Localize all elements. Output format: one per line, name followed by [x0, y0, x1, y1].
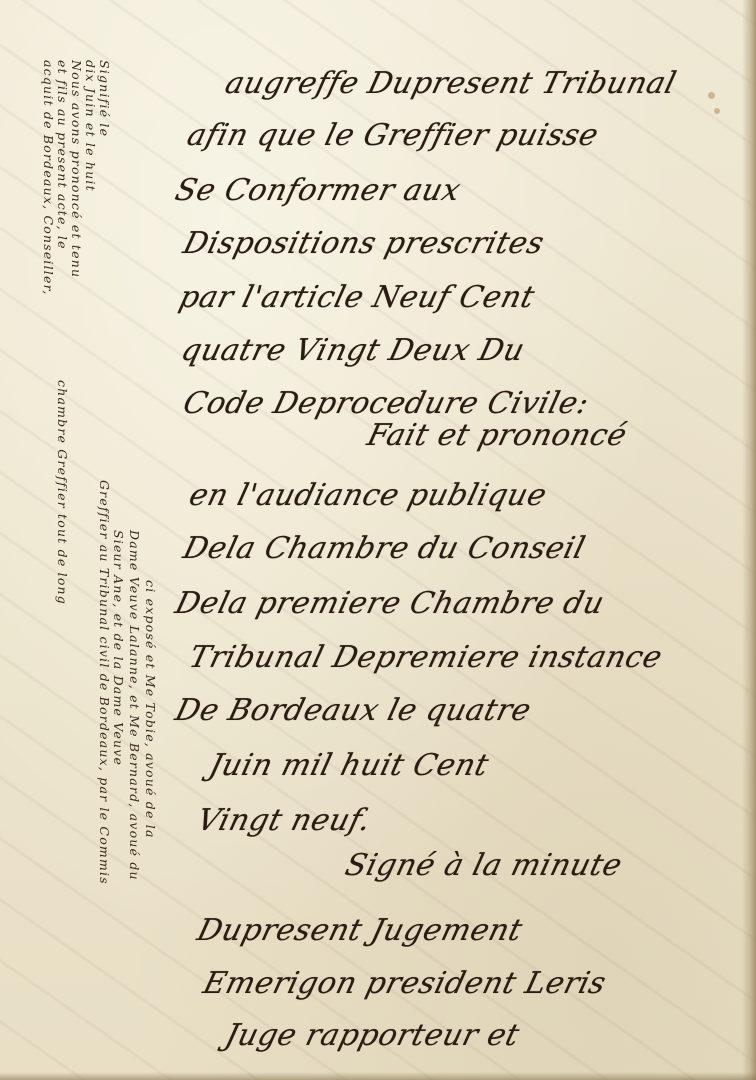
margin-line: et fils au present acte, le — [55, 60, 70, 250]
margin-line: dix Juin et le huit — [83, 60, 98, 192]
text-line: Fait et prononcé — [364, 418, 631, 453]
margin-line: Dame Veuve Lalanne, et Me Bernard, avoué… — [127, 530, 142, 881]
text-line: Dispositions prescrites — [180, 226, 548, 261]
text-line: Code Deprocedure Civile: — [180, 386, 593, 421]
document-page: Signifié le dix Juin et le huit Nous avo… — [0, 0, 756, 1080]
margin-line: Signifié le — [97, 60, 112, 137]
text-line: Signé à la minute — [342, 848, 626, 883]
margin-note: Signifié le dix Juin et le huit Nous avo… — [40, 60, 180, 1060]
text-line: augreffe Dupresent Tribunal — [222, 66, 680, 101]
page-right-edge — [742, 0, 756, 1080]
text-line: Emerigon president Leris — [200, 966, 610, 1001]
text-line: afin que le Greffier puisse — [184, 118, 603, 153]
margin-line: acquit de Bordeaux, Conseiller, — [41, 60, 56, 296]
foxing-stain — [714, 108, 720, 114]
text-line: Dela Chambre du Conseil — [180, 531, 589, 566]
margin-line: Greffier au Tribunal civil de Bordeaux, … — [97, 480, 112, 885]
text-line: Juin mil huit Cent — [206, 748, 493, 783]
margin-line: Nous avons prononcé et tenu — [69, 60, 84, 278]
text-line: Vingt neuf. — [194, 803, 375, 838]
foxing-stain — [708, 92, 715, 99]
text-line: Tribunal Depremiere instance — [186, 640, 666, 675]
margin-line: chambre Greffier tout de long — [55, 380, 70, 605]
text-line: en l'audiance publique — [186, 478, 551, 513]
text-line: quatre Vingt Deux Du — [178, 333, 529, 368]
margin-line: Sieur Ane, et de la Dame Veuve — [111, 530, 126, 766]
text-line: Se Conformer aux — [172, 173, 465, 208]
page-bottom-edge — [0, 1072, 756, 1080]
text-line: Juge rapporteur et — [222, 1018, 523, 1053]
text-line: De Bordeaux le quatre — [172, 693, 535, 728]
text-line: par l'article Neuf Cent — [176, 280, 539, 315]
margin-line: ci exposé et Me Tobie, avoué de la — [143, 580, 158, 839]
text-line: Dupresent Jugement — [194, 913, 526, 948]
text-line: Dela premiere Chambre du — [172, 586, 608, 621]
